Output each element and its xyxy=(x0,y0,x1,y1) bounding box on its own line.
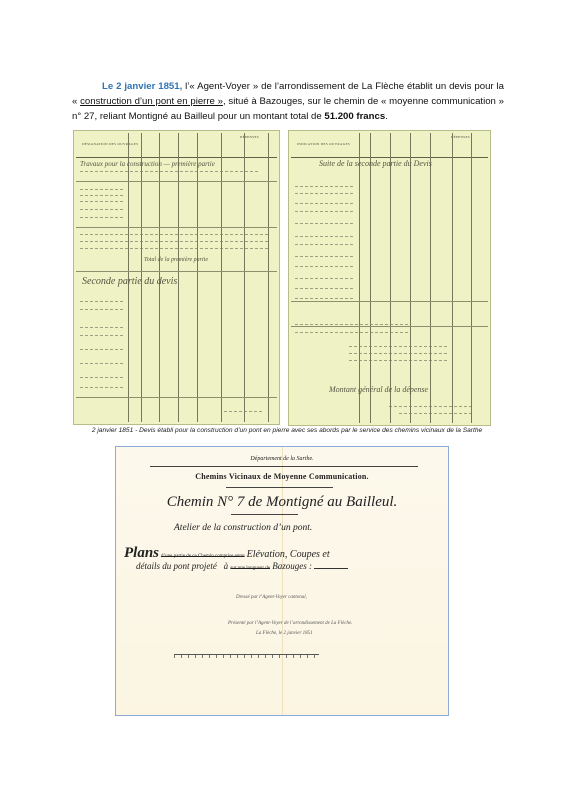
plan-chemin: Chemin N° 7 de Montigné au Bailleul. xyxy=(116,494,448,511)
details-place: Bazouges : xyxy=(272,561,312,571)
plan-dressed-by: Dressé par l’Agent-Voyer cantonal, xyxy=(236,595,307,600)
plan-details-line: détails du pont projeté à sur une longue… xyxy=(136,561,348,571)
intro-end: . xyxy=(385,111,388,122)
details-a: à xyxy=(224,561,229,571)
expenses-heading: DÉPENSES xyxy=(451,135,470,139)
details-struck: sur une longueur de xyxy=(230,566,270,571)
ledger-subtotal: Total de la première partie xyxy=(144,257,208,263)
ledger-handwriting: Travaux pour la construction — première … xyxy=(80,160,215,168)
plan-date-line: La Flèche, le 2 janvier 1851 xyxy=(256,631,313,636)
plan-department: Département de la Sarthe. xyxy=(116,456,448,462)
ledger-image-right: INDICATION DES OUVRAGES DÉPENSES Suite d… xyxy=(288,130,491,426)
intro-amount: 51.200 francs xyxy=(324,111,385,122)
plans-script: Elévation, Coupes et xyxy=(247,549,330,560)
ledger-image-left: DÉSIGNATION DES OUVRAGES DÉPENSES Travau… xyxy=(73,130,280,425)
plan-title-page-image: Département de la Sarthe. Chemins Vicina… xyxy=(115,446,449,716)
intro-underlined: construction d’un pont en pierre » xyxy=(80,96,223,107)
intro-paragraph: Le 2 janvier 1851, l’« Agent-Voyer » de … xyxy=(72,79,504,124)
plan-plans-line: Plans d’une partie de ce Chemin comprise… xyxy=(124,545,440,562)
plan-presented-by: Présenté par l’Agent-Voyer de l’arrondis… xyxy=(228,621,353,626)
ledger-section-title: Seconde partie du devis xyxy=(82,276,177,287)
plans-struck-text: d’une partie de ce Chemin comprise entre xyxy=(161,554,245,559)
intro-date: Le 2 janvier 1851, xyxy=(102,81,182,92)
figure-caption: 2 janvier 1851 - Devis établi pour la co… xyxy=(72,427,502,434)
plan-title: Chemins Vicinaux de Moyenne Communicatio… xyxy=(116,472,448,481)
ledger-heading: INDICATION DES OUVRAGES xyxy=(297,142,350,146)
plans-initial: Plans xyxy=(124,545,159,561)
expenses-heading: DÉPENSES xyxy=(240,135,259,139)
scale-ticks xyxy=(174,655,319,658)
ledger-section-title: Suite de la seconde partie du Devis xyxy=(319,159,432,168)
plan-atelier: Atelier de la construction d’un pont. xyxy=(174,523,312,533)
details-script: détails du pont projeté xyxy=(136,561,217,571)
ledger-total-label: Montant général de la dépense xyxy=(329,385,428,394)
ledger-header: DÉSIGNATION DES OUVRAGES DÉPENSES xyxy=(76,133,277,158)
ledger-heading: DÉSIGNATION DES OUVRAGES xyxy=(82,142,138,146)
